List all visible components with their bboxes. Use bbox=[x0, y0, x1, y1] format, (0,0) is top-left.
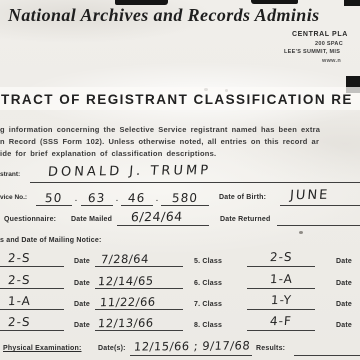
physical-exam-label: Physical Examination: bbox=[3, 345, 82, 352]
date-of-birth-value: JUNE bbox=[289, 188, 329, 203]
right-class-line: 1-A bbox=[247, 270, 315, 289]
date-mailed-label: Date Mailed bbox=[71, 216, 112, 223]
classification-row: 2-S Date 12/14/65 6. Class 1-A Date bbox=[0, 270, 360, 289]
service-no-seg-2: 63 bbox=[81, 189, 113, 206]
service-no-part-1: 50 bbox=[45, 191, 63, 205]
left-date-value: 12/14/65 bbox=[97, 274, 154, 289]
right-class-number-label: 8. Class bbox=[194, 322, 222, 329]
right-class-line: 2-S bbox=[247, 248, 315, 267]
results-label: Results: bbox=[256, 345, 285, 352]
date-returned-label: Date Returned bbox=[220, 216, 270, 223]
intro-line-3: ide for brief explanation of classificat… bbox=[0, 149, 216, 158]
intro-line-1: g information concerning the Selective S… bbox=[0, 125, 320, 134]
left-class-value: 2-S bbox=[7, 273, 31, 287]
left-class-value: 2-S bbox=[7, 251, 31, 265]
document-title: TRACT OF REGISTRANT CLASSIFICATION RE bbox=[1, 92, 353, 107]
results-line bbox=[294, 339, 360, 356]
right-class-line: 1-Y bbox=[247, 291, 315, 310]
letterhead-office-line-2: 200 SPAC bbox=[315, 41, 343, 47]
right-class-value: 2-S bbox=[269, 250, 293, 264]
left-date-label: Date bbox=[74, 301, 90, 308]
letterhead-agency-name: National Archives and Records Adminis bbox=[8, 5, 320, 26]
service-no-sep-3: . bbox=[156, 196, 158, 203]
scan-artifact-top-3 bbox=[344, 0, 360, 6]
scanned-document: National Archives and Records Adminis CE… bbox=[0, 0, 360, 360]
left-date-label: Date bbox=[74, 258, 90, 265]
right-class-number-label: 6. Class bbox=[194, 280, 222, 287]
left-date-label: Date bbox=[74, 322, 90, 329]
right-class-value: 1-A bbox=[269, 272, 293, 286]
right-class-number-label: 5. Class bbox=[194, 258, 222, 265]
right-class-line: 4-F bbox=[247, 312, 315, 331]
date-of-birth-label: Date of Birth: bbox=[219, 194, 266, 201]
physical-exam-dates-value: 12/15/66 ; 9/17/68 bbox=[133, 338, 250, 353]
right-class-number-label: 7. Class bbox=[194, 301, 222, 308]
physical-exam-dates-label: Date(s): bbox=[98, 345, 126, 352]
right-class-value: 4-F bbox=[270, 314, 293, 328]
left-class-value: 1-A bbox=[7, 294, 31, 308]
scan-speck-3 bbox=[299, 231, 303, 234]
letterhead-office-line-3: LEE'S SUMMIT, MIS bbox=[284, 49, 340, 55]
left-date-value: 12/13/66 bbox=[97, 316, 154, 331]
service-no-sep-2: . bbox=[116, 196, 118, 203]
service-no-part-4: 580 bbox=[171, 191, 198, 205]
right-date-label: Date bbox=[336, 280, 352, 287]
left-date-value: 11/22/66 bbox=[99, 295, 156, 310]
left-date-value: 7/28/64 bbox=[100, 252, 149, 267]
date-returned-line bbox=[277, 210, 360, 226]
date-mailed-value: 6/24/64 bbox=[130, 209, 183, 225]
service-no-seg-3: 46 bbox=[121, 189, 153, 206]
mailing-notice-header: s and Date of Mailing Notice: bbox=[0, 237, 101, 244]
left-date-label: Date bbox=[74, 280, 90, 287]
classification-row: 2-S Date 12/13/66 8. Class 4-F Date bbox=[0, 312, 360, 331]
classification-row: 1-A Date 11/22/66 7. Class 1-Y Date bbox=[0, 291, 360, 310]
registrant-name: DONALD J. TRUMP bbox=[47, 163, 211, 180]
service-no-sep-1: . bbox=[75, 196, 77, 203]
left-class-value: 2-S bbox=[7, 315, 31, 329]
right-date-label: Date bbox=[336, 322, 352, 329]
letterhead-website: www.n bbox=[322, 58, 341, 64]
service-no-label: vice No.: bbox=[0, 194, 27, 201]
letterhead-office-line-1: CENTRAL PLA bbox=[292, 31, 348, 38]
service-no-seg-1: 50 bbox=[36, 189, 72, 206]
right-date-label: Date bbox=[336, 301, 352, 308]
service-no-seg-4: 580 bbox=[161, 189, 209, 206]
questionnaire-label: Questionnaire: bbox=[4, 216, 56, 223]
right-date-label: Date bbox=[336, 258, 352, 265]
right-class-value: 1-Y bbox=[270, 293, 292, 307]
intro-line-2: n Record (SSS Form 102). Unless otherwis… bbox=[0, 137, 319, 146]
classification-row: 2-S Date 7/28/64 5. Class 2-S Date bbox=[0, 248, 360, 267]
registrant-label: strant: bbox=[0, 171, 20, 178]
scan-artifact-top-2 bbox=[251, 0, 298, 4]
service-no-part-2: 63 bbox=[88, 191, 106, 205]
service-no-part-3: 46 bbox=[128, 191, 146, 205]
